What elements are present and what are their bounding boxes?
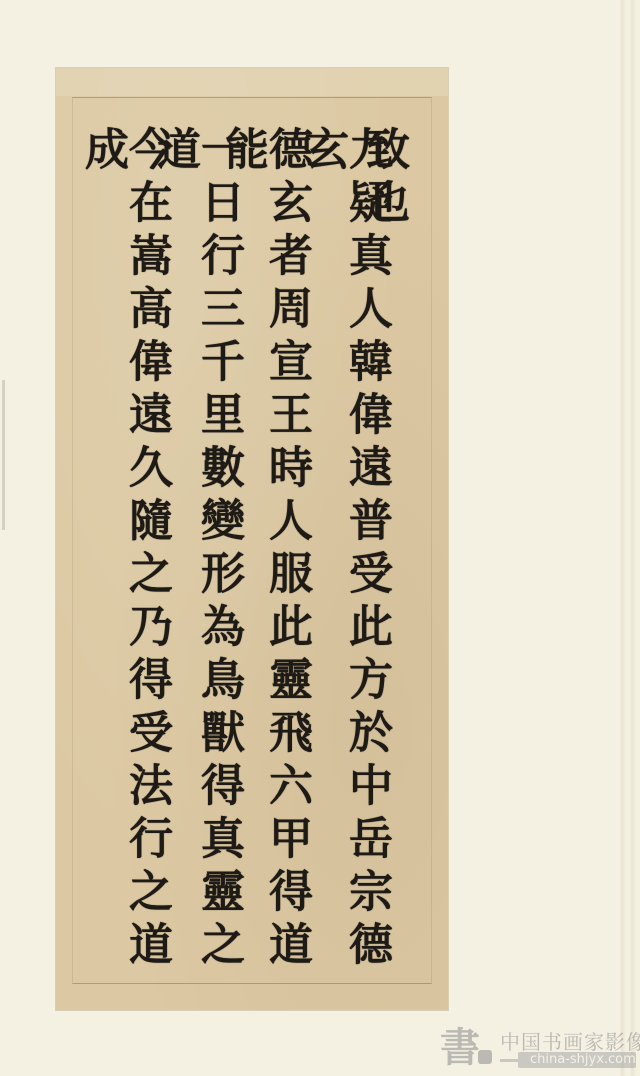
watermark-url: china-shjyx.com [530, 1052, 636, 1068]
text-column-2: 九疑真人韓偉遠普受此方於中岳宗德玄 [300, 126, 388, 1010]
small-seal-icon [478, 1050, 492, 1064]
watermark-dash [500, 1059, 518, 1062]
text-column-5: 今在嵩高偉遠久隨之乃得受法行之道成 [80, 126, 168, 1010]
watermark-title: 中国书画家影像网 [500, 1026, 640, 1055]
site-watermark: 書 中国书画家影像网 china-shjyx.com [438, 1024, 638, 1074]
seal-logo-icon: 書 [438, 1026, 482, 1070]
margin-mark [2, 380, 5, 530]
calligraphy-panel: 致也 九疑真人韓偉遠普受此方於中岳宗德玄 德玄者周宣王時人服此靈飛六甲得道能 一… [56, 68, 448, 1010]
panel-top-edge [56, 68, 448, 96]
